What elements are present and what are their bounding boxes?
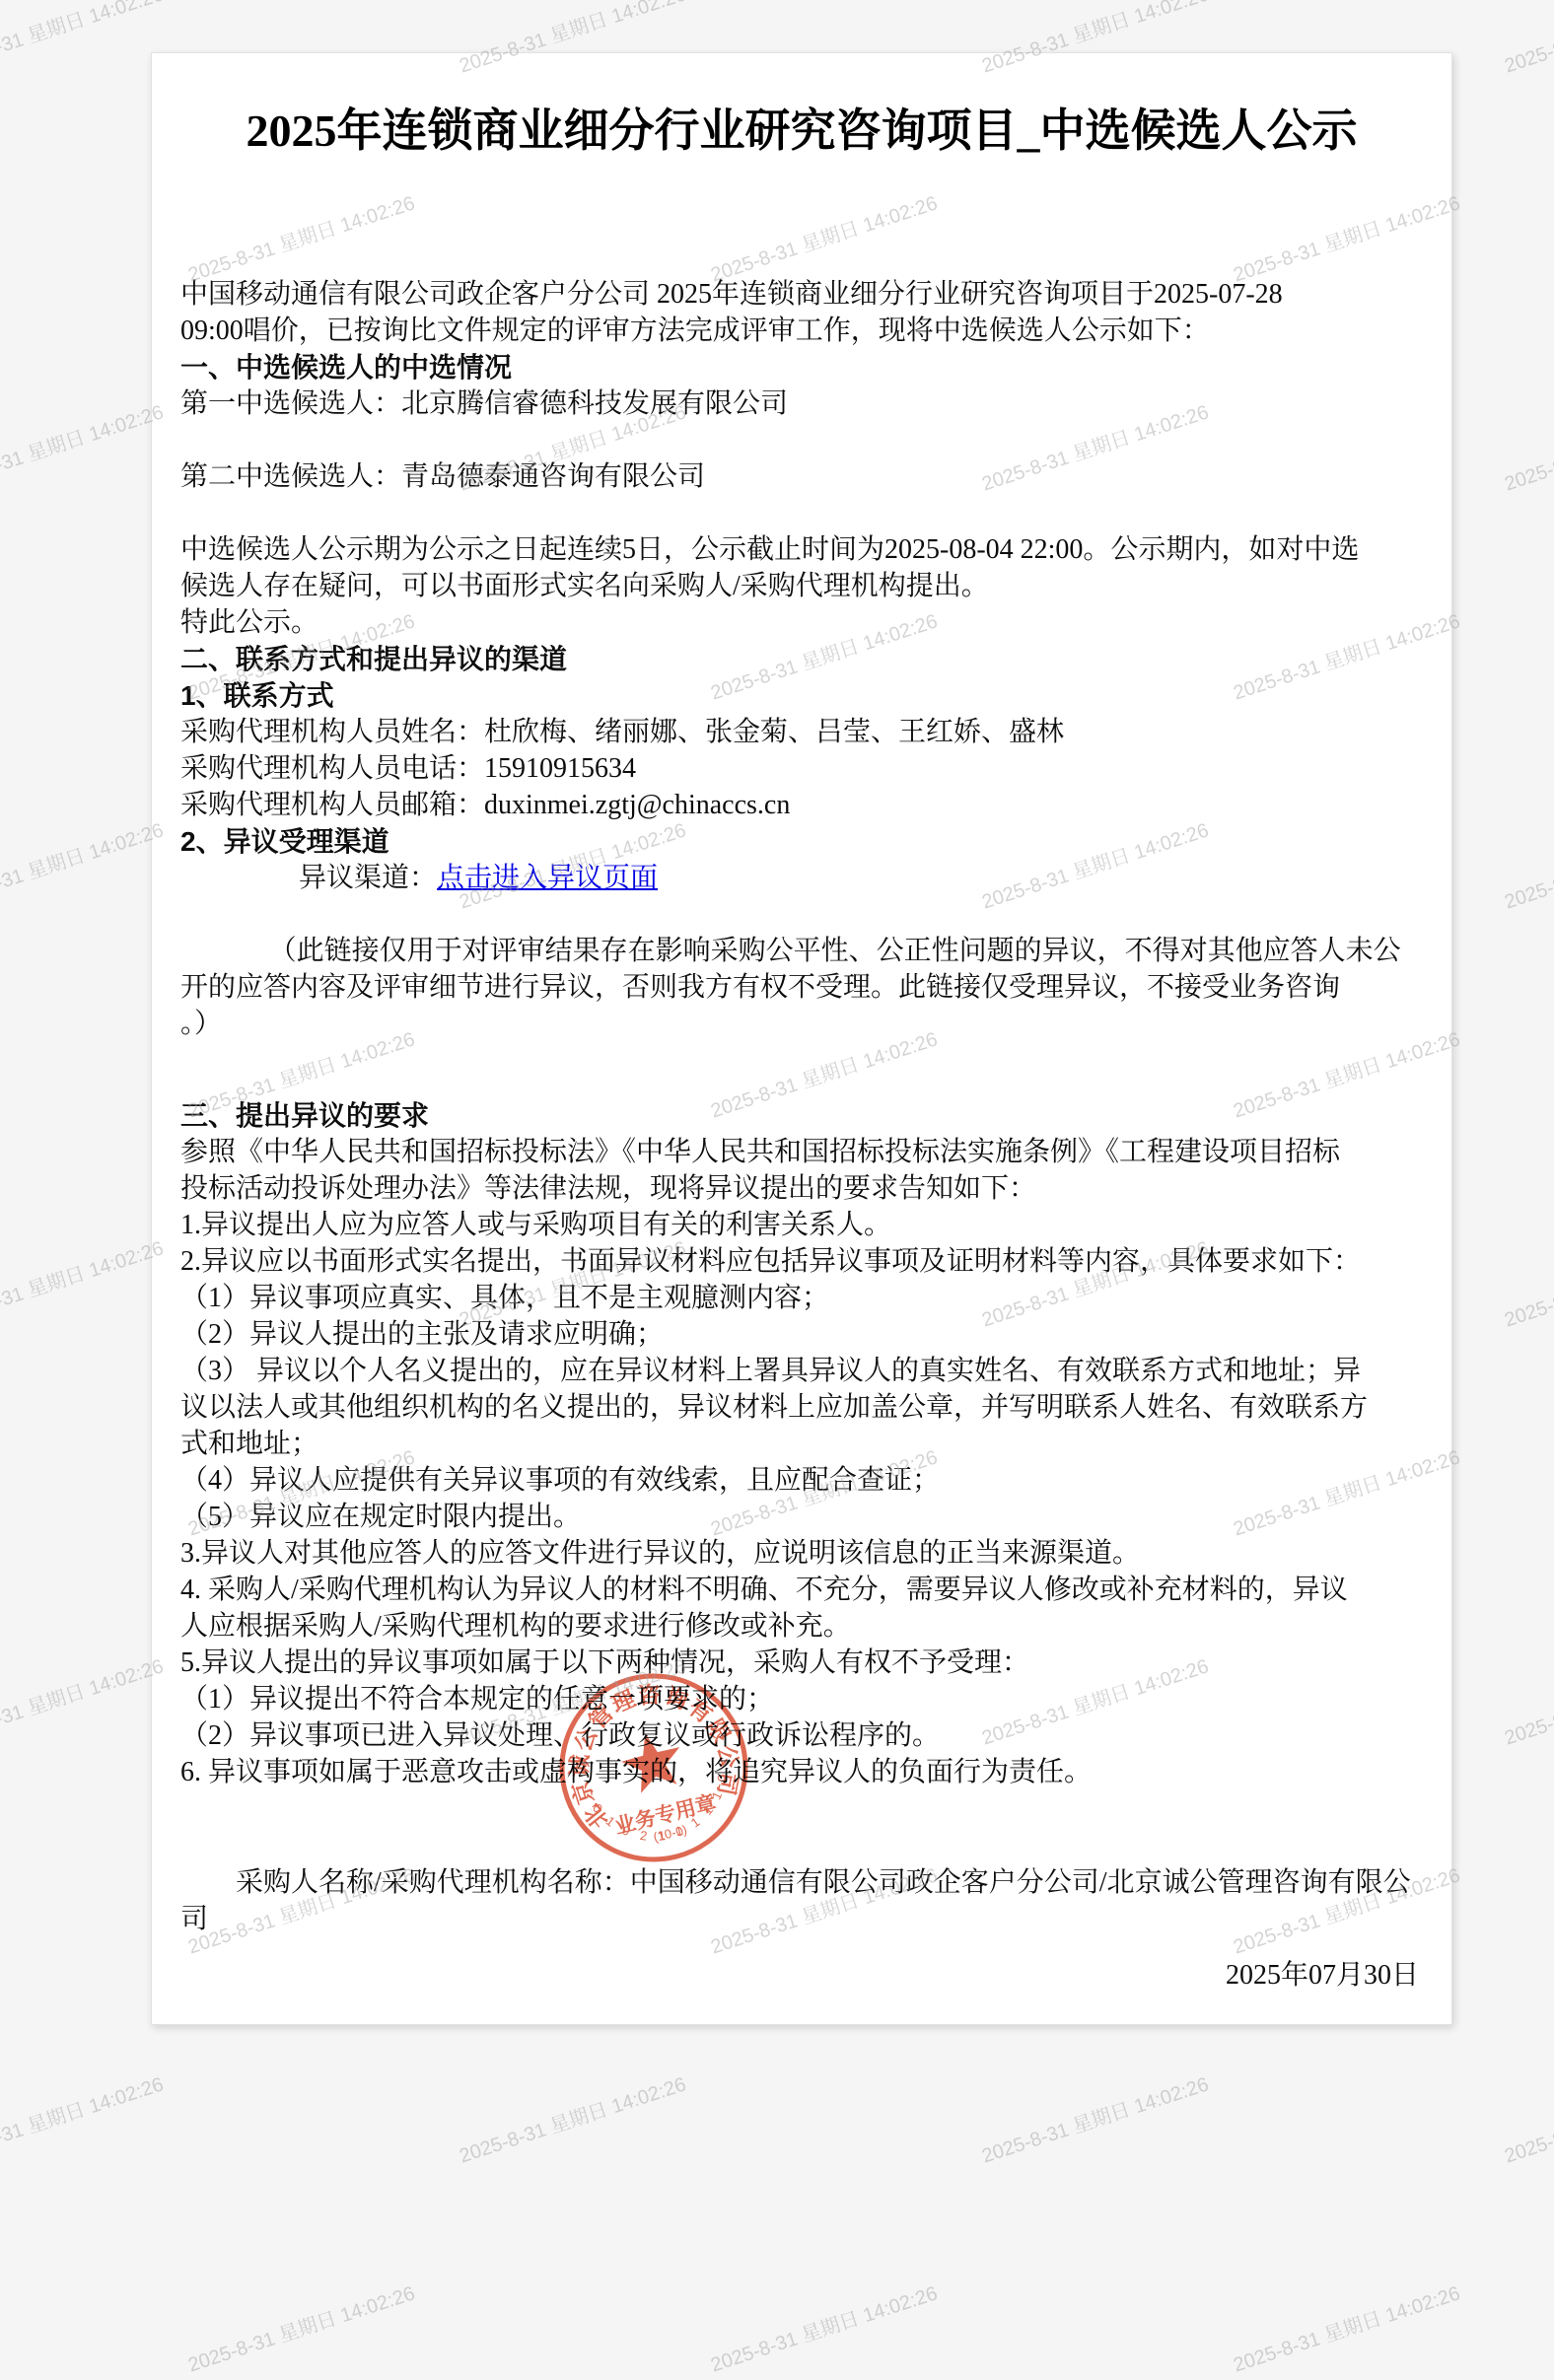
announcement-page: 2025年连锁商业细分行业研究咨询项目_中选候选人公示 中国移动通信有限公司政企… xyxy=(151,52,1452,2025)
watermark-text: 2025-8-31 星期日 14:02:26 xyxy=(0,0,167,78)
watermark-text: 2025-8-31 星期日 14:02:26 xyxy=(0,814,167,915)
announcement-date: 2025年07月30日 xyxy=(180,1957,1423,1994)
spacer xyxy=(180,422,1423,458)
section3-heading: 三、提出异议的要求 xyxy=(180,1097,1423,1134)
objection-channel-label: 异议渠道： xyxy=(299,863,437,893)
watermark-text: 2025-8-31 星期日 14:02:26 xyxy=(0,2068,167,2169)
channel-subheading: 2、异议受理渠道 xyxy=(180,823,1423,860)
watermark-text: 2025-8-31 星期日 14:02:26 xyxy=(1500,1650,1554,1751)
watermark-text: 2025-8-31 星期日 14:02:26 xyxy=(1500,1232,1554,1333)
screenshot-canvas: 2025年连锁商业细分行业研究咨询项目_中选候选人公示 中国移动通信有限公司政企… xyxy=(0,0,1554,2380)
spacer xyxy=(180,1937,1423,1957)
spacer xyxy=(180,896,1423,933)
first-candidate-line: 第一中选候选人：北京腾信睿德科技发展有限公司 xyxy=(180,385,1423,422)
watermark-text: 2025-8-31 星期日 14:02:26 xyxy=(1500,814,1554,915)
watermark-text: 2025-8-31 星期日 14:02:26 xyxy=(1500,396,1554,497)
watermark-text: 2025-8-31 星期日 14:02:26 xyxy=(0,1650,167,1751)
link-disclaimer-note: （此链接仅用于对评审结果存在影响采购公平性、公正性问题的异议，不得对其他应答人未… xyxy=(180,933,1423,1042)
watermark-text: 2025-8-31 星期日 14:02:26 xyxy=(706,2277,940,2378)
section2-heading: 二、联系方式和提出异议的渠道 xyxy=(180,641,1423,677)
objection-page-link[interactable]: 点击进入异议页面 xyxy=(437,863,658,893)
watermark-text: 2025-8-31 星期日 14:02:26 xyxy=(455,2068,688,2169)
intro-paragraph: 中国移动通信有限公司政企客户分公司 2025年连锁商业细分行业研究咨询项目于20… xyxy=(180,276,1423,349)
watermark-text: 2025-8-31 星期日 14:02:26 xyxy=(1229,2277,1462,2378)
section1-heading: 一、中选候选人的中选情况 xyxy=(180,349,1423,385)
contact-subheading: 1、联系方式 xyxy=(180,677,1423,714)
watermark-text: 2025-8-31 星期日 14:02:26 xyxy=(0,1232,167,1333)
watermark-text: 2025-8-31 星期日 14:02:26 xyxy=(977,2068,1211,2169)
second-candidate-line: 第二中选候选人：青岛德泰通咨询有限公司 xyxy=(180,458,1423,495)
objection-channel-line: 异议渠道：点击进入异议页面 xyxy=(180,860,1423,896)
agent-email-line: 采购代理机构人员邮箱：duxinmei.zgtj@chinaccs.cn xyxy=(180,787,1423,823)
notice-end-line: 特此公示。 xyxy=(180,604,1423,641)
watermark-text: 2025-8-31 星期日 14:02:26 xyxy=(1500,2068,1554,2169)
purchaser-agency-line: 采购人名称/采购代理机构名称：中国移动通信有限公司政企客户分公司/北京诚公管理咨… xyxy=(180,1864,1423,1937)
watermark-text: 2025-8-31 星期日 14:02:26 xyxy=(183,2277,417,2378)
objection-requirements-list: 参照《中华人民共和国招标投标法》《中华人民共和国招标投标法实施条例》《工程建设项… xyxy=(180,1134,1423,1790)
notice-period-paragraph: 中选候选人公示期为公示之日起连续5日，公示截止时间为2025-08-04 22:… xyxy=(180,531,1423,604)
spacer xyxy=(180,1790,1423,1864)
page-title: 2025年连锁商业细分行业研究咨询项目_中选候选人公示 xyxy=(180,103,1423,160)
watermark-text: 2025-8-31 星期日 14:02:26 xyxy=(0,396,167,497)
spacer xyxy=(180,495,1423,531)
agent-phone-line: 采购代理机构人员电话：15910915634 xyxy=(180,750,1423,787)
watermark-text: 2025-8-31 星期日 14:02:26 xyxy=(1500,0,1554,78)
spacer xyxy=(180,1042,1423,1097)
agent-names-line: 采购代理机构人员姓名：杜欣梅、绪丽娜、张金菊、吕莹、王红娇、盛林 xyxy=(180,714,1423,750)
